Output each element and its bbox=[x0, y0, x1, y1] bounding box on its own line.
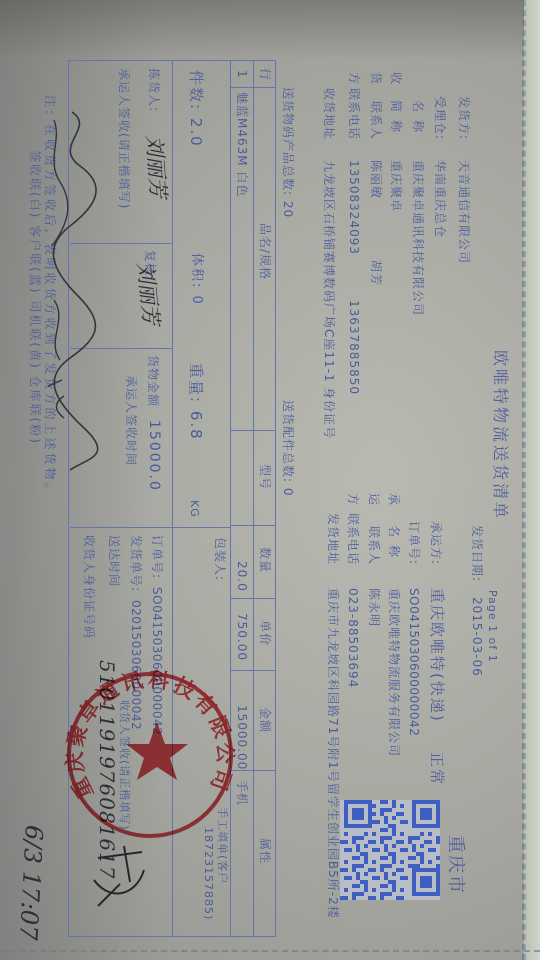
signature-scribble bbox=[0, 0, 540, 960]
delivery-note: 欧唯特物流送货清单 Page 1 of 1 发货日期: 2015-03-06 重… bbox=[0, 0, 540, 960]
